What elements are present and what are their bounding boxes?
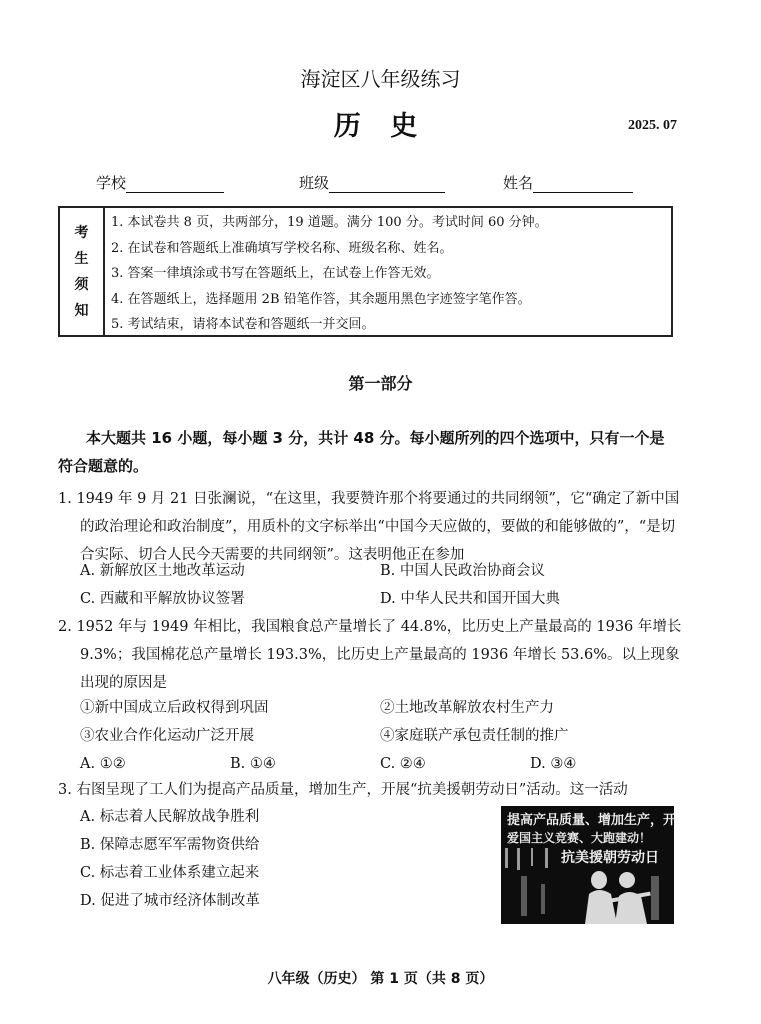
notice-item: 1. 本试卷共 8 页，共两部分，19 道题。满分 100 分。考试时间 60 …: [111, 210, 671, 236]
question-text: 1949 年 9 月 21 日张澜说，“在这里，我要赞许那个将要通过的共同纲领”…: [76, 491, 679, 563]
statement-2: ②土地改革解放农村生产力: [380, 694, 680, 722]
option-d[interactable]: D. 中华人民共和国开国大典: [380, 585, 680, 613]
option-text: 新解放区土地改革运动: [100, 563, 245, 579]
exam-notice-box: 考 生 须 知 1. 本试卷共 8 页，共两部分，19 道题。满分 100 分。…: [58, 206, 673, 337]
option-key: A.: [80, 563, 95, 579]
option-key: C.: [80, 859, 95, 887]
notice-label-char: 考: [75, 220, 89, 246]
statement-4: ④家庭联产承包责任制的推广: [380, 722, 680, 750]
option-key: B.: [230, 756, 245, 772]
option-b[interactable]: B. 保障志愿军军需物资供给: [80, 831, 260, 859]
option-text: 西藏和平解放协议签署: [100, 591, 245, 607]
option-a[interactable]: A. 新解放区土地改革运动: [80, 557, 380, 585]
question-3-photo: 提高产品质量、增加生产，开展 爱国主义竞赛、大跑建动！ 抗美援朝劳动日: [501, 806, 674, 924]
option-key: D.: [80, 887, 96, 915]
question-number: 2.: [58, 619, 72, 635]
question-3-options: A. 标志着人民解放战争胜利 B. 保障志愿军军需物资供给 C. 标志着工业体系…: [80, 803, 260, 915]
question-2: 2. 1952 年与 1949 年相比，我国粮食总产量增长了 44.8%，比历史…: [58, 613, 683, 697]
question-stem: 3. 右图呈现了工人们为提高产品质量，增加生产，开展“抗美援朝劳动日”活动。这一…: [58, 776, 683, 804]
class-field[interactable]: 班级: [299, 172, 445, 193]
option-key: D.: [380, 591, 396, 607]
option-key: B.: [380, 563, 395, 579]
option-c[interactable]: C. 标志着工业体系建立起来: [80, 859, 260, 887]
notice-item: 4. 在答题纸上，选择题用 2B 铅笔作答，其余题用黑色字迹签字笔作答。: [111, 287, 671, 313]
question-1-options: A. 新解放区土地改革运动 B. 中国人民政治协商会议 C. 西藏和平解放协议签…: [80, 557, 680, 613]
option-key: D.: [530, 756, 546, 772]
part-intro: 本大题共 16 小题，每小题 3 分，共计 48 分。每小题所列的四个选项中，只…: [58, 424, 678, 480]
school-blank[interactable]: [126, 174, 224, 193]
factory-workers-photo-icon: 提高产品质量、增加生产，开展 爱国主义竞赛、大跑建动！ 抗美援朝劳动日: [501, 806, 674, 924]
option-a[interactable]: A. 标志着人民解放战争胜利: [80, 803, 260, 831]
option-a[interactable]: A. ①②: [80, 750, 230, 778]
question-stem: 2. 1952 年与 1949 年相比，我国粮食总产量增长了 44.8%，比历史…: [58, 613, 683, 697]
statement-1: ①新中国成立后政权得到巩固: [80, 694, 380, 722]
option-key: B.: [80, 831, 95, 859]
notice-item: 5. 考试结束，请将本试卷和答题纸一并交回。: [111, 312, 671, 338]
option-text: 保障志愿军军需物资供给: [100, 831, 260, 859]
class-label: 班级: [299, 172, 329, 193]
option-key: A.: [80, 756, 95, 772]
notice-label-char: 须: [75, 272, 89, 298]
question-2-statements: ①新中国成立后政权得到巩固 ②土地改革解放农村生产力 ③农业合作化运动广泛开展 …: [80, 694, 680, 778]
exam-date: 2025. 07: [628, 118, 677, 134]
question-text: 1952 年与 1949 年相比，我国粮食总产量增长了 44.8%，比历史上产量…: [76, 619, 681, 691]
school-field[interactable]: 学校: [96, 172, 224, 193]
banner-line-2: 爱国主义竞赛、大跑建动！: [506, 830, 651, 845]
notice-item: 2. 在试卷和答题纸上准确填写学校名称、班级名称、姓名。: [111, 236, 671, 262]
name-blank[interactable]: [533, 174, 633, 193]
school-label: 学校: [96, 172, 126, 193]
banner-line-3: 抗美援朝劳动日: [561, 849, 659, 866]
question-number: 1.: [58, 491, 72, 507]
notice-label: 考 生 须 知: [60, 208, 105, 335]
question-text: 右图呈现了工人们为提高产品质量，增加生产，开展“抗美援朝劳动日”活动。这一活动: [76, 782, 627, 798]
name-label: 姓名: [503, 172, 533, 193]
part-title: 第一部分: [0, 371, 761, 394]
notice-label-char: 生: [75, 246, 89, 272]
option-text: 中国人民政治协商会议: [400, 563, 545, 579]
option-key: C.: [80, 591, 95, 607]
option-text: 促进了城市经济体制改革: [100, 887, 260, 915]
option-text: ②④: [400, 756, 426, 772]
name-field[interactable]: 姓名: [503, 172, 633, 193]
option-text: ③④: [550, 756, 576, 772]
option-text: 标志着工业体系建立起来: [100, 859, 260, 887]
option-text: ①④: [250, 756, 276, 772]
notice-label-char: 知: [75, 298, 89, 324]
class-blank[interactable]: [329, 174, 445, 193]
notice-item: 3. 答案一律填涂或书写在答题纸上，在试卷上作答无效。: [111, 261, 671, 287]
option-key: A.: [80, 803, 95, 831]
option-b[interactable]: B. 中国人民政治协商会议: [380, 557, 680, 585]
option-d[interactable]: D. ③④: [530, 750, 680, 778]
exam-name: 海淀区八年级练习: [0, 63, 761, 92]
banner-line-1: 提高产品质量、增加生产，开展: [507, 812, 674, 828]
option-c[interactable]: C. 西藏和平解放协议签署: [80, 585, 380, 613]
question-number: 3.: [58, 782, 72, 798]
notice-items: 1. 本试卷共 8 页，共两部分，19 道题。满分 100 分。考试时间 60 …: [105, 208, 671, 335]
option-text: 标志着人民解放战争胜利: [100, 803, 260, 831]
option-text: 中华人民共和国开国大典: [400, 591, 560, 607]
option-b[interactable]: B. ①④: [230, 750, 380, 778]
statement-3: ③农业合作化运动广泛开展: [80, 722, 380, 750]
page-footer: 八年级（历史） 第 1 页（共 8 页）: [0, 968, 761, 988]
option-d[interactable]: D. 促进了城市经济体制改革: [80, 887, 260, 915]
question-3: 3. 右图呈现了工人们为提高产品质量，增加生产，开展“抗美援朝劳动日”活动。这一…: [58, 776, 683, 804]
option-text: ①②: [100, 756, 126, 772]
option-key: C.: [380, 756, 395, 772]
option-c[interactable]: C. ②④: [380, 750, 530, 778]
